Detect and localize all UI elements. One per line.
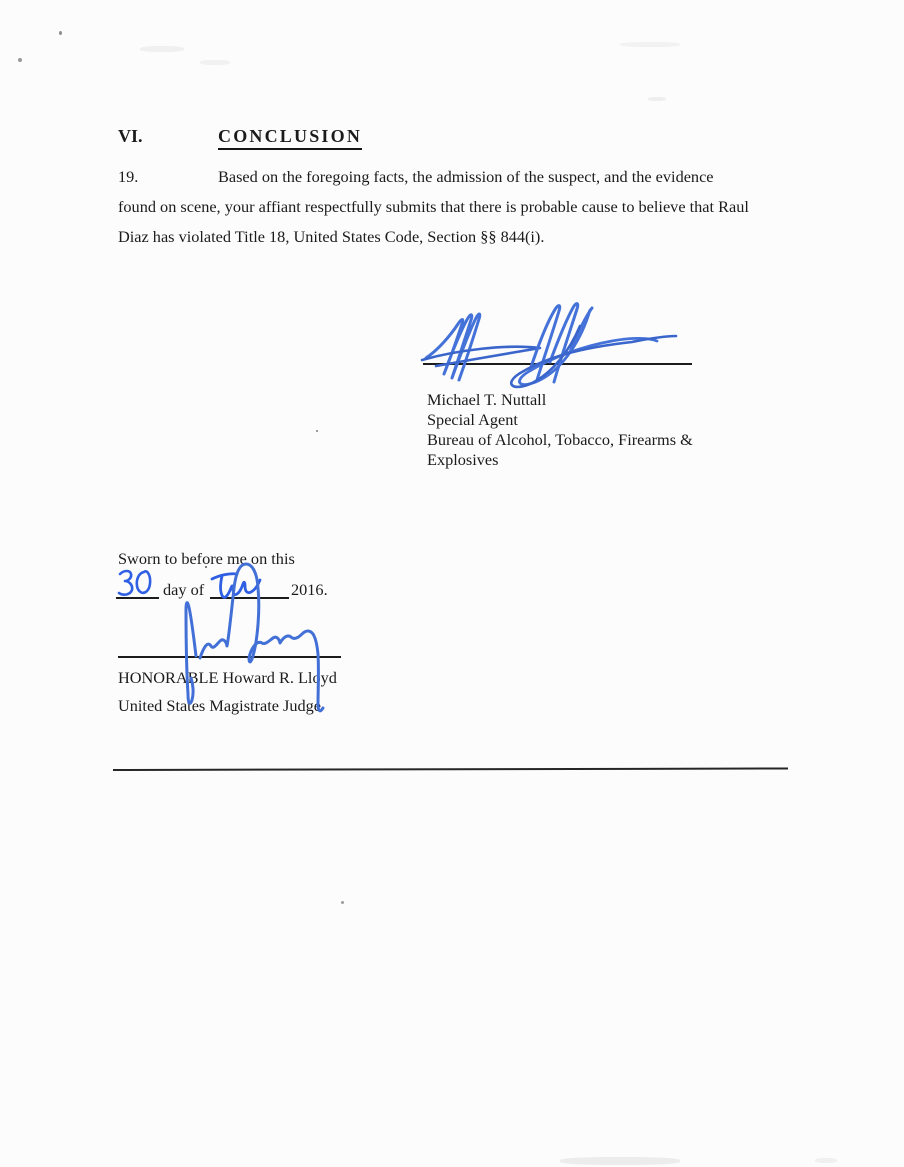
scan-speck xyxy=(316,430,318,432)
paragraph-line: Diaz has violated Title 18, United State… xyxy=(118,227,544,247)
agent-agency-line2: Explosives xyxy=(427,450,498,470)
handwritten-day: 30 xyxy=(113,567,153,599)
scan-smudge xyxy=(815,1158,837,1163)
scan-speck xyxy=(341,901,344,904)
scan-smudge xyxy=(140,46,184,52)
paragraph-line: Based on the foregoing facts, the admiss… xyxy=(218,167,714,187)
paragraph-number: 19. xyxy=(118,167,138,187)
scan-smudge xyxy=(648,97,666,101)
section-title: CONCLUSION xyxy=(218,126,362,150)
judge-signature xyxy=(172,556,337,718)
section-number: VI. xyxy=(118,126,143,147)
agent-agency-line1: Bureau of Alcohol, Tobacco, Firearms & xyxy=(427,430,693,450)
scan-smudge xyxy=(200,60,230,65)
agent-signature xyxy=(412,300,712,400)
scan-smudge xyxy=(620,42,680,47)
agent-title: Special Agent xyxy=(427,410,518,430)
scan-speck xyxy=(18,58,22,62)
scan-speck xyxy=(59,31,62,35)
paragraph-line: found on scene, your affiant respectfull… xyxy=(118,197,749,217)
scan-smudge xyxy=(560,1157,680,1165)
page-separator-rule xyxy=(113,767,788,771)
affidavit-page: VI. CONCLUSION 19. Based on the foregoin… xyxy=(0,0,904,1167)
